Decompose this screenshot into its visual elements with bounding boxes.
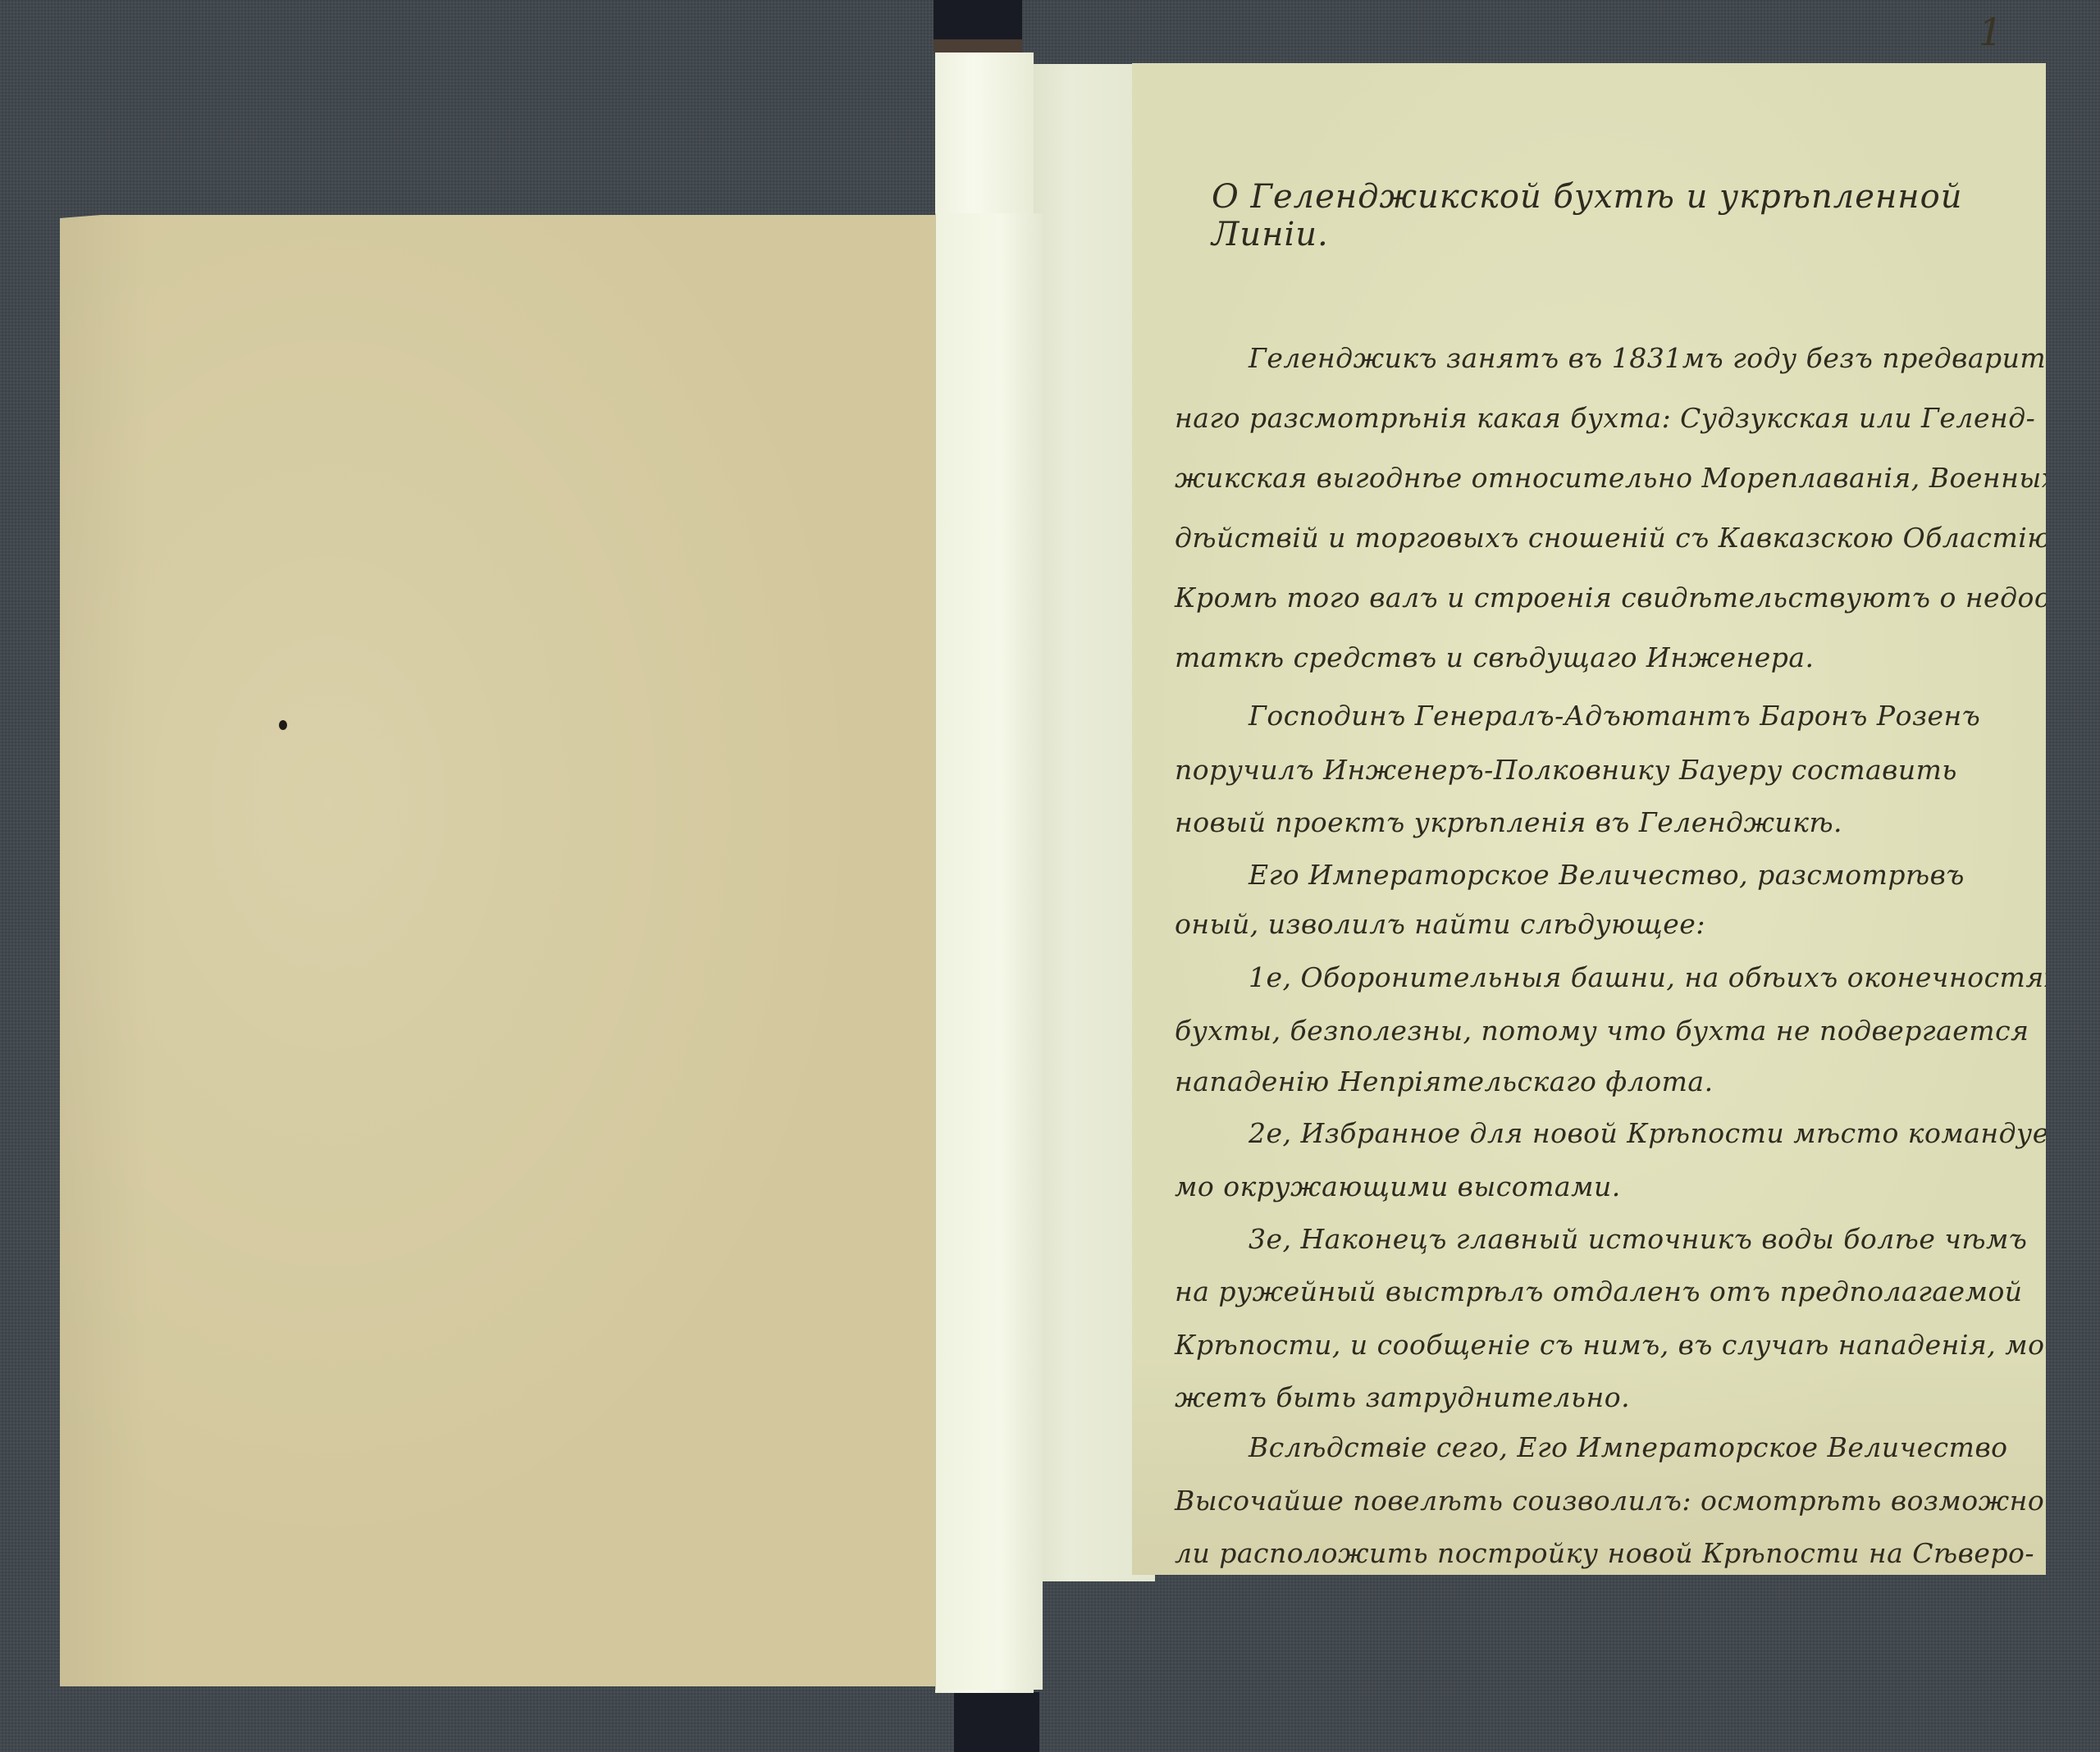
text-line: наго разсмотрѣнія какая бухта: Судзукска… (1175, 402, 2044, 434)
text-line: дѣйствій и торговыхъ сношеній съ Кавказс… (1175, 522, 2044, 554)
text-line: Господинъ Генералъ-Адъютантъ Баронъ Розе… (1249, 700, 2100, 732)
text-line: мо окружающими высотами. (1175, 1170, 2044, 1202)
text-line: Кромѣ того валъ и строенія свидѣтельству… (1175, 582, 2044, 614)
text-line: жикская выгоднѣе относительно Мореплаван… (1175, 462, 2044, 494)
document-title: О Геленджикской бухтѣ и укрѣпленной Лині… (1212, 178, 2046, 253)
text-line: поручилъ Инженеръ-Полковнику Бауеру сост… (1175, 754, 2044, 786)
right-page-manuscript: О Геленджикской бухтѣ и укрѣпленной Лині… (1132, 63, 2046, 1575)
text-line: оный, изволилъ найти слѣдующее: (1175, 908, 2044, 940)
binding-spine-bottom (954, 1692, 1039, 1752)
text-line: Вслѣдствіе сего, Его Императорское Велич… (1249, 1431, 2100, 1463)
numbered-item-3: 3е, Наконецъ главный источникъ воды болѣ… (1249, 1223, 2100, 1255)
text-line: Геленджикъ занятъ въ 1831мъ году безъ пр… (1249, 342, 2100, 374)
text-line: нападенію Непріятельскаго флота. (1175, 1065, 2044, 1097)
text-line: таткѣ средствъ и свѣдущаго Инженера. (1175, 641, 2044, 673)
numbered-item-2: 2е, Избранное для новой Крѣпости мѣсто к… (1249, 1117, 2100, 1149)
text-line: Его Императорское Величество, разсмотрѣв… (1249, 859, 2100, 891)
text-line: Крѣпости, и сообщеніе съ нимъ, въ случаѣ… (1175, 1329, 2044, 1361)
text-line: ли расположить постройку новой Крѣпости … (1175, 1537, 2044, 1569)
guard-paper-strip-fold (935, 213, 1043, 1690)
text-line: бухты, безполезны, потому что бухта не п… (1175, 1015, 2044, 1047)
text-line: жетъ быть затруднительно. (1175, 1381, 2044, 1413)
binding-spine-band (934, 39, 1022, 52)
text-line: новый проектъ укрѣпленія въ Геленджикѣ. (1175, 806, 2044, 838)
numbered-item-1: 1е, Оборонительныя башни, на обѣихъ окон… (1249, 961, 2100, 993)
manuscript-text: О Геленджикской бухтѣ и укрѣпленной Лині… (1132, 63, 2046, 1575)
left-page-blank (60, 215, 954, 1686)
text-line: на ружейный выстрѣлъ отдаленъ отъ предпо… (1175, 1275, 2044, 1307)
text-line: Высочайше повелѣть соизволилъ: осмотрѣть… (1175, 1485, 2044, 1517)
ink-blot (279, 720, 287, 730)
folio-number: 1 (1979, 10, 2002, 54)
